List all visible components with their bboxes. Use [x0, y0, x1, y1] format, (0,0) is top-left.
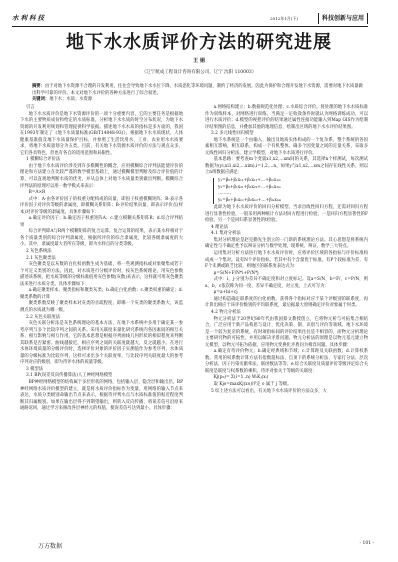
paragraph: 式中：i，j-分别为差异不确定度和对立度标记。设a=S/N，b=F/，c=P/N… [205, 277, 368, 290]
right-column: a.网络结构建立；b.数据规范化处理；c.水质综合评价。将处理的地下水水质标准作… [205, 105, 368, 395]
paragraph: 通过构造确定联系度的白化函数，获得各个指标对应于某个评级别的联系度，再计算出相应… [205, 297, 368, 310]
page-number: - 101 - [360, 541, 375, 546]
paragraph: 灰色关联分析法是灰色系统理论的基本方法，在地下水系统中多用于确定某一参考序列与多… [20, 321, 183, 367]
paragraph: a.确定评价因子；b.确定因子权重矩阵A；c.建立模糊关系矩阵R；d.综合评判结… [20, 216, 183, 229]
journal-name: 水利科技 [12, 13, 46, 22]
keywords-label: 关键词： [32, 97, 49, 102]
paragraph: a.确定有待评价物元；b.确定经典域和节域；c.计算距及关联函数；d.计算权系数… [205, 349, 368, 375]
paragraph: a.确定聚类样本、聚类指标和聚类灰类；b.确定白化函数；c.聚类权重的确定；d.… [20, 288, 183, 301]
footer-watermark: 万方数据 [38, 541, 62, 550]
paragraph: BP神经网络模型的结构属于多层形状的网络，包括输入层、隐含层和输出层。BP神经网… [20, 380, 183, 413]
paragraph: 聚类系数反映了聚类样本对灰类的亲疏程度，即哪一个灰类的聚类系数大，该监测点的水质… [20, 301, 183, 314]
article-title: 地下水水质评价方法的研究进展 [0, 28, 398, 54]
author-name: 王 娟 [0, 57, 398, 64]
paragraph: 集对分析理论是赵克勤先生创立的一门新的系统理论方法。其心思想是将系统内确定性与不… [205, 238, 368, 251]
abstract-text: 由于对地下水资源不合理的开发利用，往往会导致地下水水位下降、水质恶化等环境问题，… [32, 84, 363, 96]
paragraph: 综合评判即A与R两个模糊矩阵的复合运算。复合运算的结果，表示某水样相对于各个质量… [20, 229, 183, 249]
paragraph: 灰色聚类是以灰数的白化权函数生成为基础，将一些观测指标或对象聚集成若干个可定义类… [20, 262, 183, 288]
paragraph: 式中：A-由各评价因子的权重分配构成的向量，即因子权重模糊矩阵；R-表示各评价因… [20, 197, 183, 217]
equation-line: yₙ=β₀+β₁xₙ₁+β₂xₙ₂+…+βₘxₙₘ [218, 198, 368, 205]
paragraph: 物元分析法于20世纪80年代由我国蔡文教授创立，它将物元析与可拓集合相结合，广泛… [205, 317, 368, 350]
issue-date: 2012年1月(下) [270, 16, 298, 22]
left-column: 引言地下水水质评价是地下水资源评价的一项十分重要内容，它的主要任务是根据地下水的… [20, 105, 183, 413]
section-heading: 5 综上述方法可以看出，有关地下水水质评价的方法众多，大 [205, 389, 368, 396]
paragraph: 地下水系统是一个由输入、输出及地质实体构成的一个复杂系，整个系统的各因素相互影响… [205, 138, 368, 158]
paragraph: 由于地下水水质评价涉及到许多模糊性的概念，应用模糊综合评判法能使评价的理论和方法… [20, 164, 183, 190]
keywords: 关键词：地下水；水质；水资源 [32, 97, 366, 104]
author-affiliation: （辽宁航成工程设计咨询有限公司，辽宁 沈阳 110003） [0, 69, 398, 75]
equation-system: y₁=β₀+β₁x₁₁+β₂x₁₂+…+βₘx₁ₘy₂=β₀+β₁x₂₁+β₂x… [213, 178, 368, 204]
paragraph: 此即为地下水水质评价的回归分析模型。当求出线性回归方程，还需对回归方程进行显著性… [205, 205, 368, 225]
keywords-text: 地下水；水质；水资源 [49, 97, 92, 102]
abstract: 摘要：由于对地下水资源不合理的开发利用，往往会导致地下水水位下降、水质恶化等环境… [32, 84, 366, 97]
abstract-label: 摘要： [32, 84, 45, 89]
paragraph: 运用集对分析方法进行地下水水质评价时，应将评价区域的各指标与评价标准构成成一个集… [205, 251, 368, 271]
abstract-block: 摘要：由于对地下水资源不合理的开发利用，往往会导致地下水水位下降、水质恶化等环境… [32, 84, 366, 104]
running-header: 水利科技 2012年1月(下) 科技创新与应用 [12, 12, 368, 27]
paragraph: a.网络结构建立；b.数据规范化处理；c.水质综合评价。将处理的地下水水质标准作… [205, 105, 368, 131]
paragraph: 地下水水质评价是地下水资源评价的一项十分重要内容，它的主要任务是根据地下水的主要… [20, 112, 183, 158]
section-label: 科技创新与应用 [318, 13, 368, 24]
paragraph: 基本思路：要考查m个变量x1,x2,…xm间的关系，其选择n个样测试，每次测试数… [205, 157, 368, 177]
